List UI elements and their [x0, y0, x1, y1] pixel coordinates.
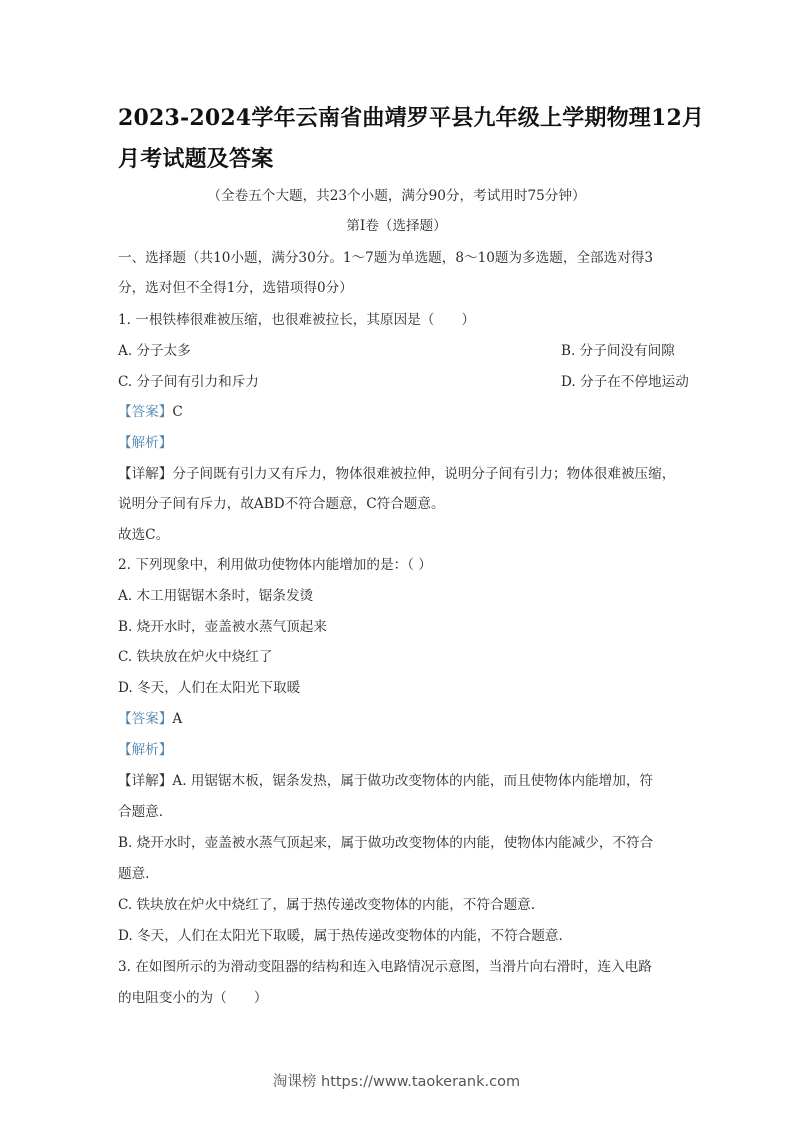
question-1-options-row1: A. 分子太多 B. 分子间没有间隙 [118, 341, 678, 361]
question-1-answer: 【答案】C [118, 402, 183, 422]
question-1-detail-cont: 说明分子间有斥力，故ABD不符合题意，C符合题意。 [118, 494, 445, 514]
detail-label: 【详解】 [118, 466, 172, 482]
option-d: D. 分子在不停地运动 [561, 372, 689, 392]
question-2-detail: 【详解】A. 用锯锯木板，锯条发热，属于做功改变物体的内能，而且使物体内能增加，… [118, 771, 653, 791]
question-2-option-b: B. 烧开水时，壶盖被水蒸气顶起来 [118, 617, 327, 637]
volume-heading: 第Ⅰ卷（选择题） [0, 216, 793, 236]
question-2-analysis-label: 【解析】 [118, 740, 172, 760]
question-2-option-d: D. 冬天，人们在太阳光下取暖 [118, 678, 300, 698]
question-3-stem-cont: 的电阻变小的为（ ） [118, 988, 268, 1008]
answer-value: C [172, 404, 182, 420]
question-2-option-c: C. 铁块放在炉火中烧红了 [118, 647, 273, 667]
section-intro: 一、选择题（共10小题，满分30分。1～7题为单选题，8～10题为多选题，全部选… [118, 248, 653, 268]
question-2-detail-c: C. 铁块放在炉火中烧红了，属于热传递改变物体的内能，不符合题意. [118, 895, 535, 915]
detail-text: 分子间既有引力又有斥力，物体很难被拉伸，说明分子间有引力；物体很难被压缩， [172, 466, 675, 482]
option-c: C. 分子间有引力和斥力 [118, 374, 259, 390]
question-2-option-a: A. 木工用锯锯木条时，锯条发烫 [118, 586, 313, 606]
option-a: A. 分子太多 [118, 343, 191, 359]
question-2-answer: 【答案】A [118, 709, 182, 729]
watermark-footer: 淘课榜 https://www.taokerank.com [0, 1070, 793, 1091]
option-b: B. 分子间没有间隙 [561, 341, 675, 361]
question-1-analysis-label: 【解析】 [118, 433, 172, 453]
document-title-line1: 2023-2024学年云南省曲靖罗平县九年级上学期物理12月 [118, 103, 688, 133]
question-3-stem: 3. 在如图所示的为滑动变阻器的结构和连入电路情况示意图，当滑片向右滑时，连入电… [118, 957, 652, 977]
detail-text: A. 用锯锯木板，锯条发热，属于做功改变物体的内能，而且使物体内能增加，符 [172, 773, 653, 789]
document-title-line2: 月考试题及答案 [118, 144, 688, 174]
question-2-detail-b-cont: 题意. [118, 864, 150, 884]
question-1-stem: 1. 一根铁棒很难被压缩，也很难被拉长，其原因是（ ） [118, 310, 475, 330]
exam-info-subtitle: （全卷五个大题，共23个小题，满分90分，考试用时75分钟） [0, 186, 793, 206]
question-1-detail: 【详解】分子间既有引力又有斥力，物体很难被拉伸，说明分子间有引力；物体很难被压缩… [118, 464, 675, 484]
answer-label: 【答案】 [118, 711, 172, 727]
detail-label: 【详解】 [118, 773, 172, 789]
question-2-stem: 2. 下列现象中，利用做功使物体内能增加的是：（ ） [118, 555, 432, 575]
answer-value: A [172, 711, 182, 727]
question-2-detail-b: B. 烧开水时，壶盖被水蒸气顶起来，属于做功改变物体的内能，使物体内能减少，不符… [118, 833, 653, 853]
question-2-detail-d: D. 冬天，人们在太阳光下取暖，属于热传递改变物体的内能，不符合题意. [118, 926, 563, 946]
document-page: 2023-2024学年云南省曲靖罗平县九年级上学期物理12月 月考试题及答案 （… [0, 0, 793, 1122]
question-2-detail-cont: 合题意. [118, 802, 163, 822]
question-1-conclusion: 故选C。 [118, 525, 169, 545]
question-1-options-row2: C. 分子间有引力和斥力 D. 分子在不停地运动 [118, 372, 678, 392]
section-intro-cont: 分，选对但不全得1分，选错项得0分） [118, 278, 353, 298]
answer-label: 【答案】 [118, 404, 172, 420]
